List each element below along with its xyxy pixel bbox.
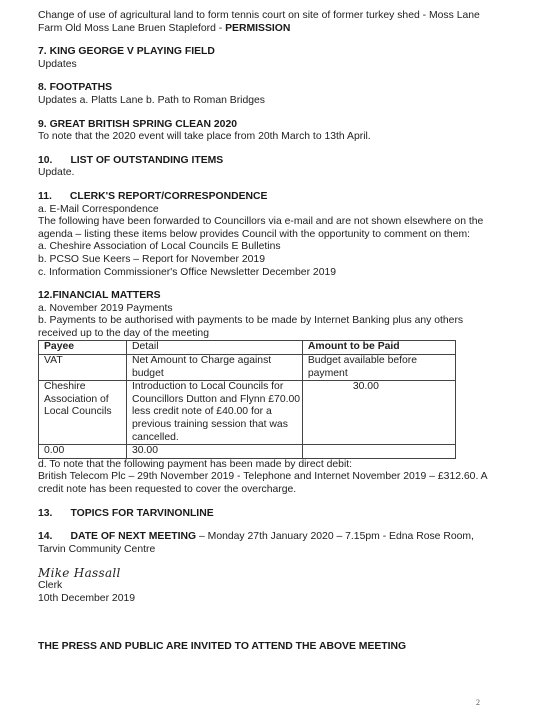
section-12-b: b. Payments to be authorised with paymen…	[38, 315, 498, 340]
section-11-heading: 11.CLERK'S REPORT/CORRESPONDENCE	[38, 191, 498, 204]
section-title: FOOTPATHS	[50, 82, 113, 93]
header-amount: Amount to be Paid	[302, 341, 455, 355]
section-10-heading: 10.LIST OF OUTSTANDING ITEMS	[38, 155, 498, 168]
section-number: 9.	[38, 119, 47, 130]
section-7: 7. KING GEORGE V PLAYING FIELD Updates	[38, 46, 498, 71]
agenda-page: Change of use of agricultural land to fo…	[38, 10, 498, 605]
signoff-block: Mike Hassall Clerk 10th December 2019	[38, 567, 498, 605]
section-11: 11.CLERK'S REPORT/CORRESPONDENCE a. E-Ma…	[38, 191, 498, 279]
table-row: VAT Net Amount to Charge against budget …	[39, 355, 456, 381]
section-13-heading: 13.TOPICS FOR TARVINONLINE	[38, 508, 498, 521]
section-number: 8.	[38, 82, 47, 93]
section-title: KING GEORGE V PLAYING FIELD	[50, 46, 215, 57]
correspondence-item: a. Cheshire Association of Local Council…	[38, 241, 498, 254]
signature: Mike Hassall	[38, 567, 498, 580]
section-7-body: Updates	[38, 59, 498, 72]
section-12-a: a. November 2019 Payments	[38, 303, 498, 316]
section-11-sub: a. E-Mail Correspondence	[38, 204, 498, 217]
section-9-body: To note that the 2020 event will take pl…	[38, 131, 498, 144]
page-number: 2	[476, 697, 480, 710]
section-number: 13.	[38, 508, 52, 519]
section-12: 12.FINANCIAL MATTERS a. November 2019 Pa…	[38, 290, 498, 497]
cell-amount	[302, 445, 455, 459]
signoff-date: 10th December 2019	[38, 593, 498, 606]
section-14: 14.DATE OF NEXT MEETING – Monday 27th Ja…	[38, 531, 498, 556]
section-10: 10.LIST OF OUTSTANDING ITEMS Update.	[38, 155, 498, 180]
section-title: GREAT BRITISH SPRING CLEAN 2020	[50, 119, 237, 130]
section-12-heading: 12.FINANCIAL MATTERS	[38, 290, 498, 303]
section-title: TOPICS FOR TARVINONLINE	[70, 508, 213, 519]
payments-table: Payee Detail Amount to be Paid VAT Net A…	[38, 340, 456, 458]
section-title: LIST OF OUTSTANDING ITEMS	[70, 155, 223, 166]
section-14-heading: 14.DATE OF NEXT MEETING – Monday 27th Ja…	[38, 531, 498, 556]
header-detail: Detail	[126, 341, 302, 355]
section-title: CLERK'S REPORT/CORRESPONDENCE	[70, 191, 268, 202]
cell-amount: Budget available before payment	[302, 355, 455, 381]
section-10-body: Update.	[38, 167, 498, 180]
section-8-body: Updates a. Platts Lane b. Path to Roman …	[38, 95, 498, 108]
planning-decision: PERMISSION	[225, 23, 290, 34]
cell-payee: VAT	[39, 355, 127, 381]
section-9-heading: 9. GREAT BRITISH SPRING CLEAN 2020	[38, 119, 498, 132]
section-9: 9. GREAT BRITISH SPRING CLEAN 2020 To no…	[38, 119, 498, 144]
cell-detail: Net Amount to Charge against budget	[126, 355, 302, 381]
section-number: 11.	[38, 191, 52, 202]
correspondence-item: b. PCSO Sue Keers – Report for November …	[38, 254, 498, 267]
section-number: 14.	[38, 531, 52, 542]
header-payee: Payee	[39, 341, 127, 355]
section-8-heading: 8. FOOTPATHS	[38, 82, 498, 95]
section-number: 12.	[38, 290, 52, 301]
section-title: FINANCIAL MATTERS	[52, 290, 160, 301]
section-13: 13.TOPICS FOR TARVINONLINE	[38, 508, 498, 521]
section-11-body: The following have been forwarded to Cou…	[38, 216, 498, 241]
section-title: DATE OF NEXT MEETING	[70, 531, 196, 542]
table-row: 0.00 30.00	[39, 445, 456, 459]
correspondence-item: c. Information Commissioner's Office New…	[38, 267, 498, 280]
section-8: 8. FOOTPATHS Updates a. Platts Lane b. P…	[38, 82, 498, 107]
section-12-d-detail: British Telecom Plc – 29th November 2019…	[38, 471, 498, 496]
footer-note: THE PRESS AND PUBLIC ARE INVITED TO ATTE…	[38, 641, 406, 654]
section-7-heading: 7. KING GEORGE V PLAYING FIELD	[38, 46, 498, 59]
cell-detail: Introduction to Local Councils for Counc…	[126, 381, 302, 445]
section-number: 10.	[38, 155, 52, 166]
section-12-d: d. To note that the following payment ha…	[38, 459, 498, 472]
cell-detail: 30.00	[126, 445, 302, 459]
section-number: 7.	[38, 46, 47, 57]
planning-item: Change of use of agricultural land to fo…	[38, 10, 498, 35]
cell-payee: 0.00	[39, 445, 127, 459]
cell-amount: 30.00	[302, 381, 455, 445]
cell-payee: Cheshire Association of Local Councils	[39, 381, 127, 445]
signoff-role: Clerk	[38, 580, 498, 593]
table-row: Cheshire Association of Local Councils I…	[39, 381, 456, 445]
table-header-row: Payee Detail Amount to be Paid	[39, 341, 456, 355]
